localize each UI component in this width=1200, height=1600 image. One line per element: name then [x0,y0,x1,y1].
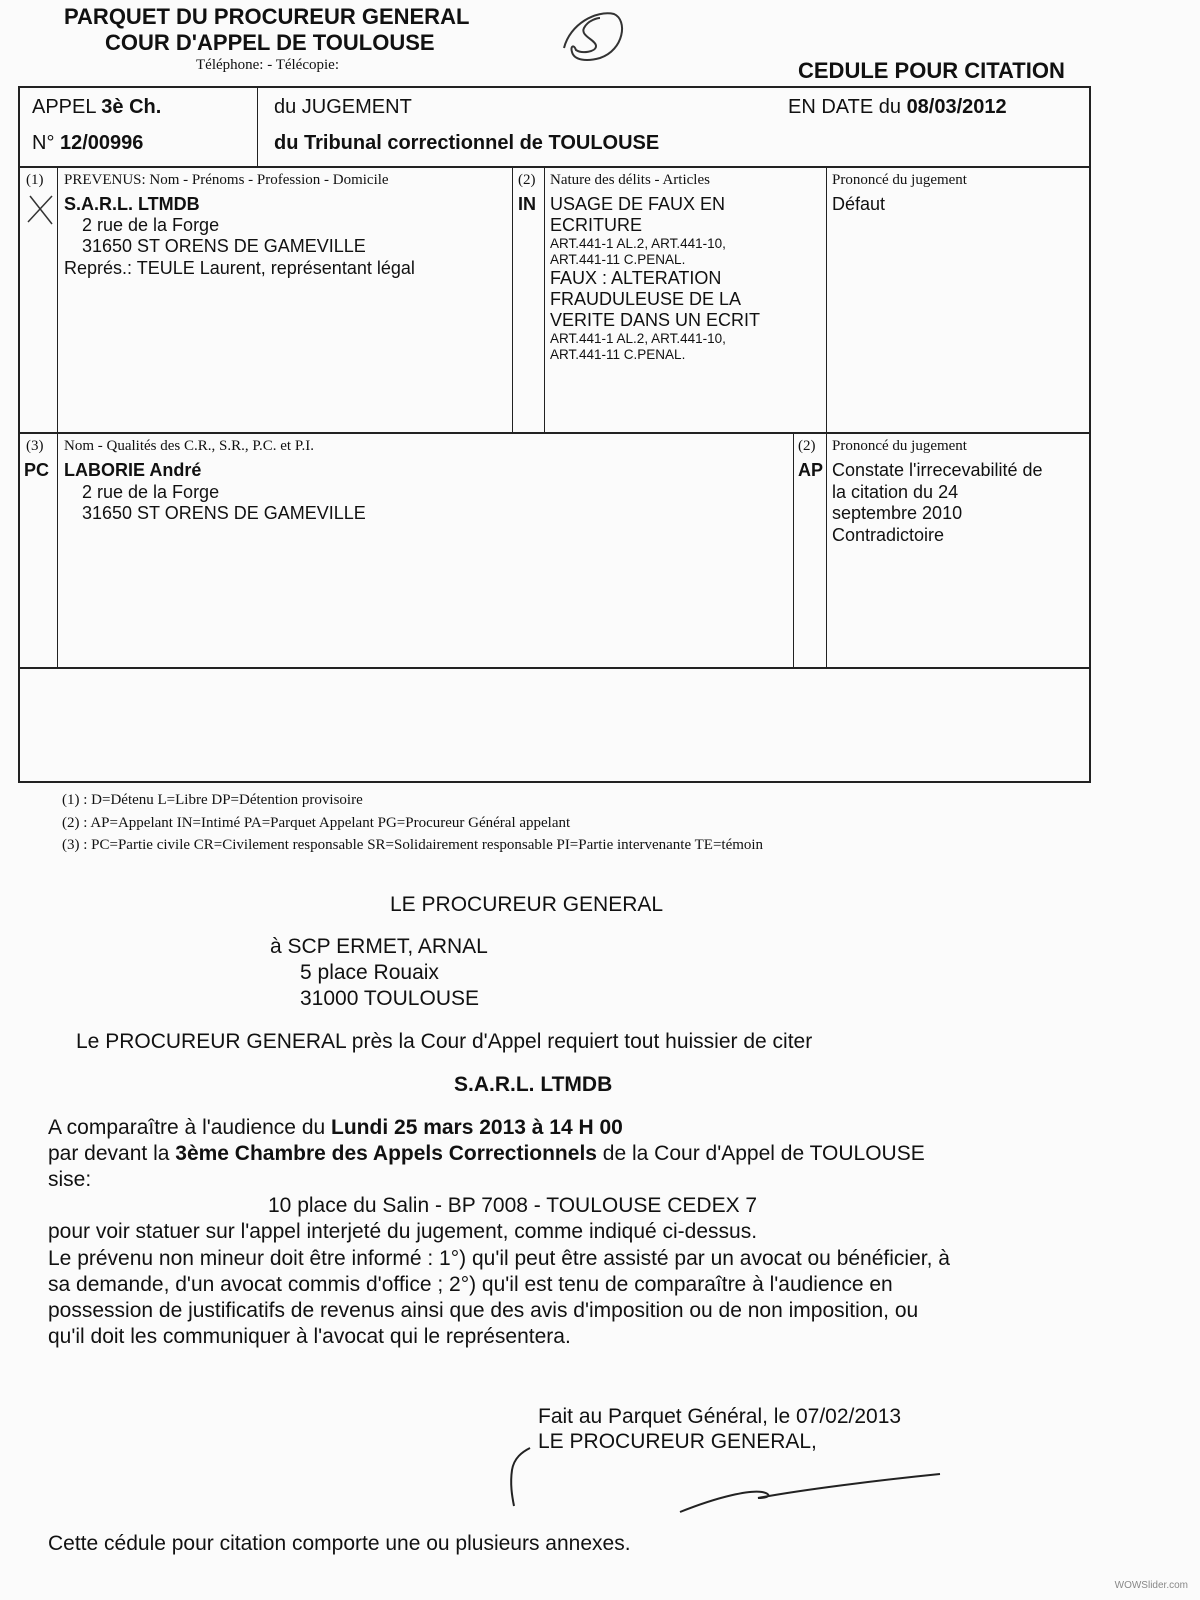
defendant-judgment-header: Prononcé du jugement [832,172,967,189]
chamber-name: 3ème Chambre des Appels Correctionnels [175,1142,597,1165]
recipient-address-line1: 5 place Rouaix [300,961,439,985]
date-label: EN DATE du [788,96,907,118]
judgment-line: Constate l'irrecevabilité de [832,460,1043,482]
defendant-ref: (1) [26,172,44,189]
signature-icon [500,1440,950,1520]
civil-party-address-line1: 2 rue de la Forge [82,482,219,503]
chamber-value: 3è Ch. [101,96,161,118]
civil-party-judgment-header: Prononcé du jugement [832,438,967,455]
legend-2: (2) : AP=Appelant IN=Intimé PA=Parquet A… [62,815,570,832]
civil-party-ref: (3) [26,438,44,455]
defendant-status: IN [518,194,536,215]
notice-line: qu'il doit les communiquer à l'avocat qu… [48,1324,950,1350]
offence-articles: ART.441-11 C.PENAL. [550,252,822,268]
hearing-label: A comparaître à l'audience du [48,1116,331,1139]
handwritten-circled-number-icon [556,6,628,66]
judgment-line: septembre 2010 [832,503,1043,525]
sise-label: sise: [48,1168,91,1192]
judgment-date: EN DATE du 08/03/2012 [788,96,1007,119]
offence-articles: ART.441-11 C.PENAL. [550,347,822,363]
issuer: LE PROCUREUR GENERAL [390,893,663,917]
offence-title: ECRITURE [550,215,822,236]
recipient-address-line2: 31000 TOULOUSE [300,987,479,1011]
offences-list: USAGE DE FAUX ENECRITUREART.441-1 AL.2, … [550,194,822,363]
offence-title: USAGE DE FAUX EN [550,194,822,215]
civil-party-role: PC [24,460,49,481]
notice-line: Le prévenu non mineur doit être informé … [48,1246,950,1272]
notice-text: Le prévenu non mineur doit être informé … [48,1246,950,1350]
cited-party: S.A.R.L. LTMDB [454,1073,612,1097]
recipient-name: à SCP ERMET, ARNAL [270,935,488,959]
date-value: 08/03/2012 [907,96,1007,118]
civil-party-status: AP [798,460,823,481]
annex-note: Cette cédule pour citation comporte une … [48,1532,631,1556]
chamber-prefix: par devant la [48,1142,175,1165]
court-name: du Tribunal correctionnel de TOULOUSE [274,132,659,155]
case-number-label: N° [32,132,60,154]
defendant-representative: Représ.: TEULE Laurent, représentant lég… [64,258,415,279]
court-title: COUR D'APPEL DE TOULOUSE [105,30,435,56]
defendant-name: S.A.R.L. LTMDB [64,194,200,215]
appeal-label: APPEL [32,96,101,118]
notice-line: possession de justificatifs de revenus a… [48,1298,950,1324]
civil-party-status-ref: (2) [798,438,816,455]
offence-title: VERITE DANS UN ECRIT [550,310,822,331]
contact-line: Téléphone: - Télécopie: [196,57,339,74]
judgment-line: Contradictoire [832,525,1043,547]
judgment-line: la citation du 24 [832,482,1043,504]
civil-party-header: Nom - Qualités des C.R., S.R., P.C. et P… [64,438,314,455]
purpose-text: pour voir statuer sur l'appel interjeté … [48,1220,757,1244]
chamber-suffix: de la Cour d'Appel de TOULOUSE [597,1142,925,1165]
case-number-value: 12/00996 [60,132,143,154]
offence-articles: ART.441-1 AL.2, ART.441-10, [550,331,822,347]
watermark: WOWSlider.com [1115,1580,1188,1591]
case-number: N° 12/00996 [32,132,143,155]
office-title: PARQUET DU PROCUREUR GENERAL [64,4,469,30]
defendant-address-line1: 2 rue de la Forge [82,215,219,236]
appeal-chamber: APPEL 3è Ch. [32,96,161,119]
checkmark-x-icon [26,192,56,228]
defendant-status-ref: (2) [518,172,536,189]
court-address: 10 place du Salin - BP 7008 - TOULOUSE C… [268,1194,757,1218]
place-date: Fait au Parquet Général, le 07/02/2013 [538,1405,901,1429]
defendant-judgment: Défaut [832,194,885,215]
offences-header: Nature des délits - Articles [550,172,710,189]
civil-party-address-line2: 31650 ST ORENS DE GAMEVILLE [82,503,366,524]
offence-articles: ART.441-1 AL.2, ART.441-10, [550,236,822,252]
chamber-line: par devant la 3ème Chambre des Appels Co… [48,1142,925,1166]
notice-line: sa demande, d'un avocat commis d'office … [48,1272,950,1298]
hearing-date: Lundi 25 mars 2013 à 14 H 00 [331,1116,623,1139]
request-text: Le PROCUREUR GENERAL près la Cour d'Appe… [76,1030,812,1054]
civil-party-judgment: Constate l'irrecevabilité dela citation … [832,460,1043,546]
civil-party-name: LABORIE André [64,460,201,481]
defendant-address-line2: 31650 ST ORENS DE GAMEVILLE [82,236,366,257]
offence-title: FAUX : ALTERATION [550,268,822,289]
offence-title: FRAUDULEUSE DE LA [550,289,822,310]
defendant-header: PREVENUS: Nom - Prénoms - Profession - D… [64,172,389,189]
legend-1: (1) : D=Détenu L=Libre DP=Détention prov… [62,792,363,809]
judgment-label: du JUGEMENT [274,96,412,119]
document-type: CEDULE POUR CITATION [798,58,1065,84]
hearing-line: A comparaître à l'audience du Lundi 25 m… [48,1116,623,1140]
legend-3: (3) : PC=Partie civile CR=Civilement res… [62,837,763,854]
